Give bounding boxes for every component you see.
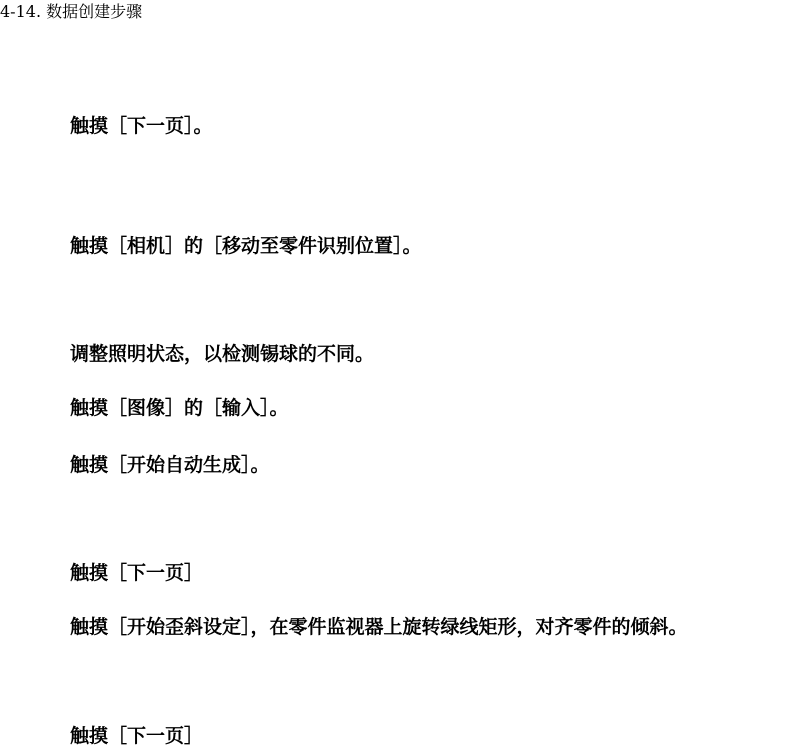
step-adjust-lighting: 调整照明状态，以检测锡球的不同。	[70, 342, 374, 366]
step-touch-next-page-3: 触摸［下一页］	[70, 724, 203, 748]
section-heading: 4-14. 数据创建步骤	[0, 2, 142, 22]
step-touch-next-page: 触摸［下一页］。	[70, 114, 213, 138]
step-image-input: 触摸［图像］的［输入］。	[70, 396, 289, 420]
step-start-skew-setting: 触摸［开始歪斜设定］，在零件监视器上旋转绿线矩形，对齐零件的倾斜。	[70, 615, 688, 639]
step-start-auto-generate: 触摸［开始自动生成］。	[70, 453, 270, 477]
step-touch-next-page-2: 触摸［下一页］	[70, 561, 203, 585]
step-move-to-part-recognition: 触摸［相机］的［移动至零件识别位置］。	[70, 234, 422, 258]
